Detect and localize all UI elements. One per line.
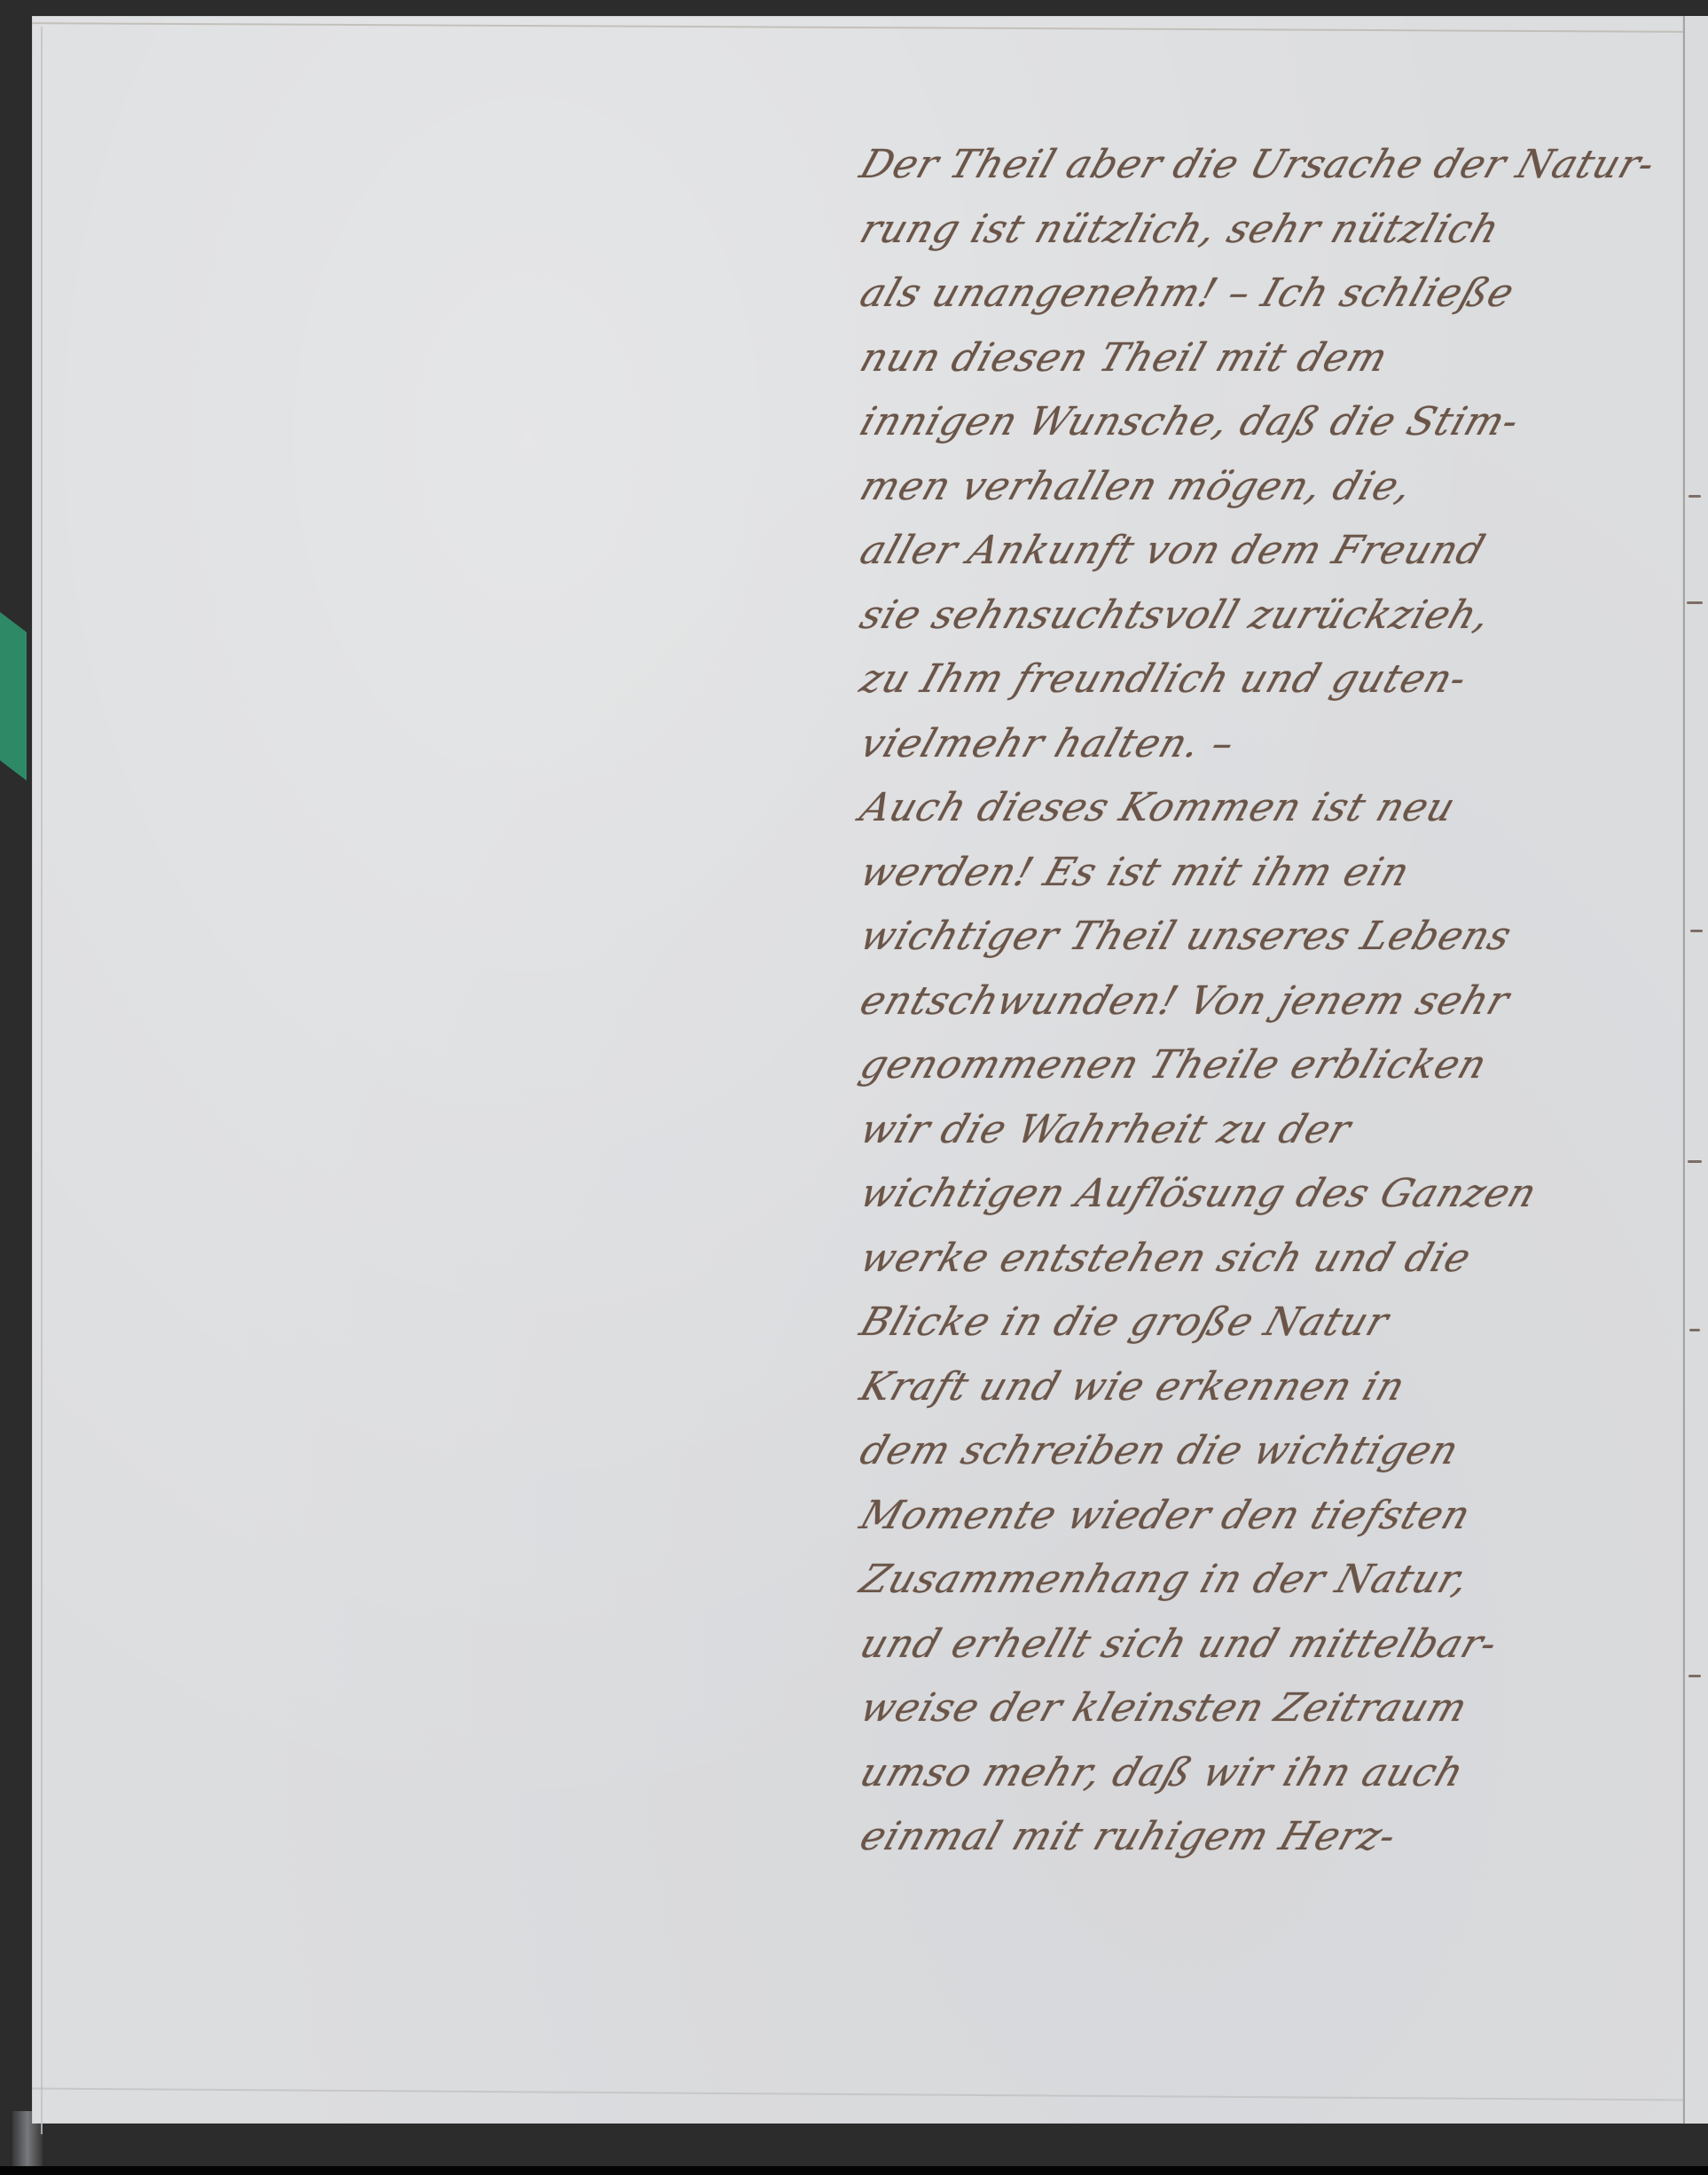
text-line: innigen Wunsche, daß die Stim- [851, 390, 1697, 455]
bleed-through-stroke [1689, 1329, 1700, 1331]
text-line: vielmehr halten. – [851, 712, 1697, 777]
text-line: umso mehr, daß wir ihn auch [851, 1741, 1697, 1806]
handwritten-text-block: Der Theil aber die Ursache der Natur- ru… [851, 133, 1676, 1870]
bleed-through-stroke [1690, 930, 1703, 932]
text-line: genommenen Theile erblicken [851, 1033, 1697, 1098]
text-line: Blicke in die große Natur [851, 1291, 1697, 1355]
text-line: nun diesen Theil mit dem [851, 326, 1697, 391]
text-line: aller Ankunft von dem Freund [851, 519, 1697, 584]
text-line: entschwunden! Von jenem sehr [851, 970, 1697, 1034]
text-line: zu Ihm freundlich und guten- [851, 648, 1697, 712]
paper-bottom-edge-fold [32, 2088, 1683, 2101]
text-line: und erhellt sich und mittelbar- [851, 1613, 1697, 1677]
text-line: Momente wieder den tiefsten [851, 1484, 1697, 1549]
green-tab-marker [0, 612, 27, 781]
text-line: Auch dieses Kommen ist neu [851, 776, 1697, 841]
paper-left-edge-fold [41, 27, 43, 2134]
text-line: werden! Es ist mit ihm ein [851, 841, 1697, 906]
bleed-through-stroke [1688, 495, 1701, 498]
paper-top-edge-fold [32, 22, 1683, 33]
text-line: als unangenehm! – Ich schließe [851, 262, 1697, 326]
text-line: Kraft und wie erkennen in [851, 1355, 1697, 1420]
text-line: sie sehnsuchtsvoll zurückzieh, [851, 584, 1697, 648]
scan-background: Der Theil aber die Ursache der Natur- ru… [0, 0, 1708, 2175]
text-line: Zusammenhang in der Natur, [851, 1548, 1697, 1613]
text-line: dem schreiben die wichtigen [851, 1419, 1697, 1484]
text-line: werke entstehen sich und die [851, 1227, 1697, 1292]
text-line: Der Theil aber die Ursache der Natur- [851, 133, 1697, 198]
text-line: wir die Wahrheit zu der [851, 1098, 1697, 1163]
text-line: einmal mit ruhigem Herz- [851, 1805, 1697, 1870]
text-line: rung ist nützlich, sehr nützlich [851, 198, 1697, 263]
scan-bottom-border [0, 2166, 1708, 2175]
text-line: wichtiger Theil unseres Lebens [851, 905, 1697, 970]
text-line: men verhallen mögen, die, [851, 455, 1697, 520]
text-line: weise der kleinsten Zeitraum [851, 1676, 1697, 1741]
text-line: wichtigen Auflösung des Ganzen [851, 1162, 1697, 1227]
